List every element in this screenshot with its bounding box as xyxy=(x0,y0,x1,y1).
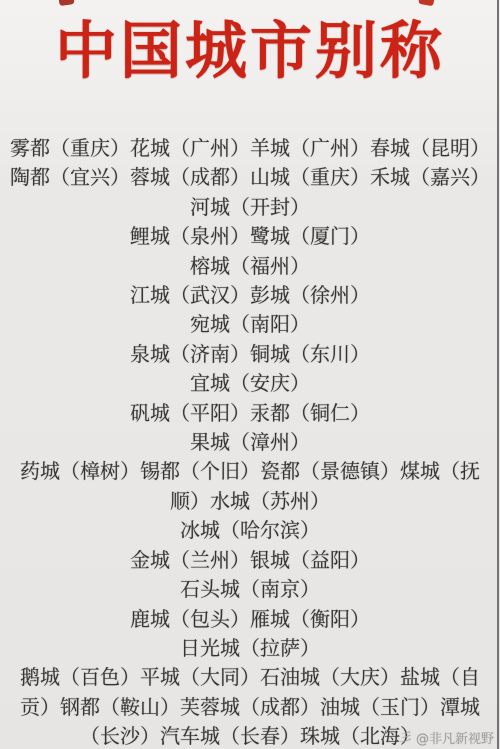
nickname-line: 鹿城（包头）雁城（衡阳） xyxy=(10,605,490,634)
nickname-line: 贡）钢都（鞍山）芙蓉城（成都）油城（玉门）潭城 xyxy=(10,693,490,722)
nickname-line: 药城（樟树）锡都（个旧）瓷都（景德镇）煤城（抚 xyxy=(10,457,490,486)
nickname-line: 河城（开封） xyxy=(10,193,490,222)
nickname-line: 日光城（拉萨） xyxy=(10,634,490,663)
nickname-line: 宜城（安庆） xyxy=(10,369,490,398)
watermark: 彡 @非凡新视野 xyxy=(399,727,494,747)
nickname-line: 鹅城（百色）平城（大同）石油城（大庆）盐城（自 xyxy=(10,663,490,692)
nickname-line: 榕城（福州） xyxy=(10,252,490,281)
city-nicknames-poster: 中国城市别称 雾都（重庆）花城（广州）羊城（广州）春城（昆明） 陶都（宜兴）蓉城… xyxy=(0,0,500,749)
nickname-line: 顺）水城（苏州） xyxy=(10,487,490,516)
nickname-line: 石头城（南京） xyxy=(10,575,490,604)
nickname-line: 矾城（平阳）汞都（铜仁） xyxy=(10,399,490,428)
nickname-line: 雾都（重庆）花城（广州）羊城（广州）春城（昆明） xyxy=(10,134,490,163)
nickname-line: 江城（武汉）彭城（徐州） xyxy=(10,281,490,310)
nickname-line: 鲤城（泉州）鹭城（厦门） xyxy=(10,222,490,251)
nickname-line: 金城（兰州）银城（益阳） xyxy=(10,546,490,575)
right-edge-line xyxy=(497,0,499,749)
nickname-line: 果城（漳州） xyxy=(10,428,490,457)
watermark-text: @非凡新视野 xyxy=(416,728,494,747)
nickname-line: 泉城（济南）铜城（东川） xyxy=(10,340,490,369)
nickname-line: 冰城（哈尔滨） xyxy=(10,516,490,545)
watermark-logo-icon: 彡 xyxy=(397,726,415,749)
city-nickname-list: 雾都（重庆）花城（广州）羊城（广州）春城（昆明） 陶都（宜兴）蓉城（成都）山城（… xyxy=(10,134,490,749)
page-title: 中国城市别称 xyxy=(0,6,500,96)
nickname-line: 宛城（南阳） xyxy=(10,310,490,339)
nickname-line: 陶都（宜兴）蓉城（成都）山城（重庆）禾城（嘉兴） xyxy=(10,163,490,192)
